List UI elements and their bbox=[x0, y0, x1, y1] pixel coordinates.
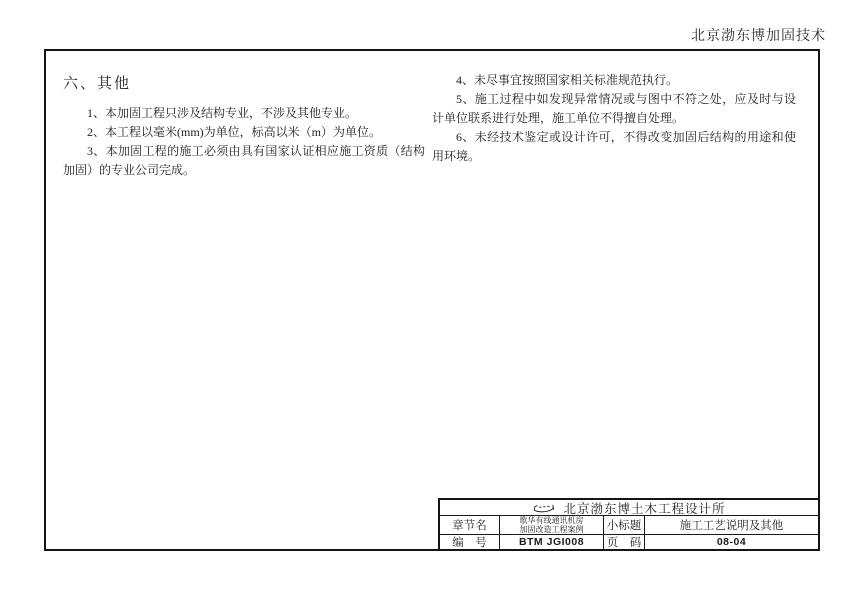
paragraph: 6、未经技术鉴定或设计许可，不得改变加固后结构的用途和使用环境。 bbox=[432, 128, 796, 166]
subtitle-value: 施工工艺说明及其他 bbox=[645, 516, 818, 535]
number-label: 编 号 bbox=[440, 535, 500, 549]
section-heading: 六、其他 bbox=[63, 75, 425, 94]
institute-name: 北京渤东博土木工程设计所 bbox=[563, 500, 725, 516]
project-name-line2: 加固改造工程案例 bbox=[520, 525, 584, 534]
title-block: 北京渤东博土木工程设计所 章节名 歌华有线通讯机房 加固改造工程案例 小标题 施… bbox=[438, 498, 820, 551]
paragraph: 4、未尽事宜按照国家相关标准规范执行。 bbox=[432, 71, 796, 90]
project-name: 歌华有线通讯机房 加固改造工程案例 bbox=[500, 516, 604, 535]
content-left-column: 六、其他 1、本加固工程只涉及结构专业，不涉及其他专业。 2、本工程以毫米(mm… bbox=[63, 75, 425, 180]
drawing-sheet: 六、其他 1、本加固工程只涉及结构专业，不涉及其他专业。 2、本工程以毫米(mm… bbox=[44, 49, 820, 551]
content-right-column: 4、未尽事宜按照国家相关标准规范执行。 5、施工过程中如发现异常情况或与图中不符… bbox=[432, 71, 796, 166]
page: { "watermark": { "text": "北京渤东博加固技术" }, … bbox=[0, 0, 863, 603]
page-label: 页 码 bbox=[604, 535, 645, 549]
title-block-header: 北京渤东博土木工程设计所 bbox=[440, 500, 818, 516]
company-watermark: 北京渤东博加固技术 bbox=[0, 25, 826, 45]
paragraph: 3、本加固工程的施工必须由具有国家认证相应施工资质（结构加固）的专业公司完成。 bbox=[63, 142, 425, 180]
chapter-label: 章节名 bbox=[440, 516, 500, 535]
paragraph: 5、施工过程中如发现异常情况或与图中不符之处，应及时与设计单位联系进行处理，施工… bbox=[432, 90, 796, 128]
page-value: 08-04 bbox=[645, 535, 818, 549]
signature-flourish-icon bbox=[532, 502, 556, 514]
subtitle-label: 小标题 bbox=[604, 516, 645, 535]
number-value: BTM JGI008 bbox=[500, 535, 604, 549]
paragraph: 1、本加固工程只涉及结构专业，不涉及其他专业。 bbox=[63, 104, 425, 123]
paragraph: 2、本工程以毫米(mm)为单位，标高以米（m）为单位。 bbox=[63, 123, 425, 142]
project-name-line1: 歌华有线通讯机房 bbox=[520, 516, 584, 525]
